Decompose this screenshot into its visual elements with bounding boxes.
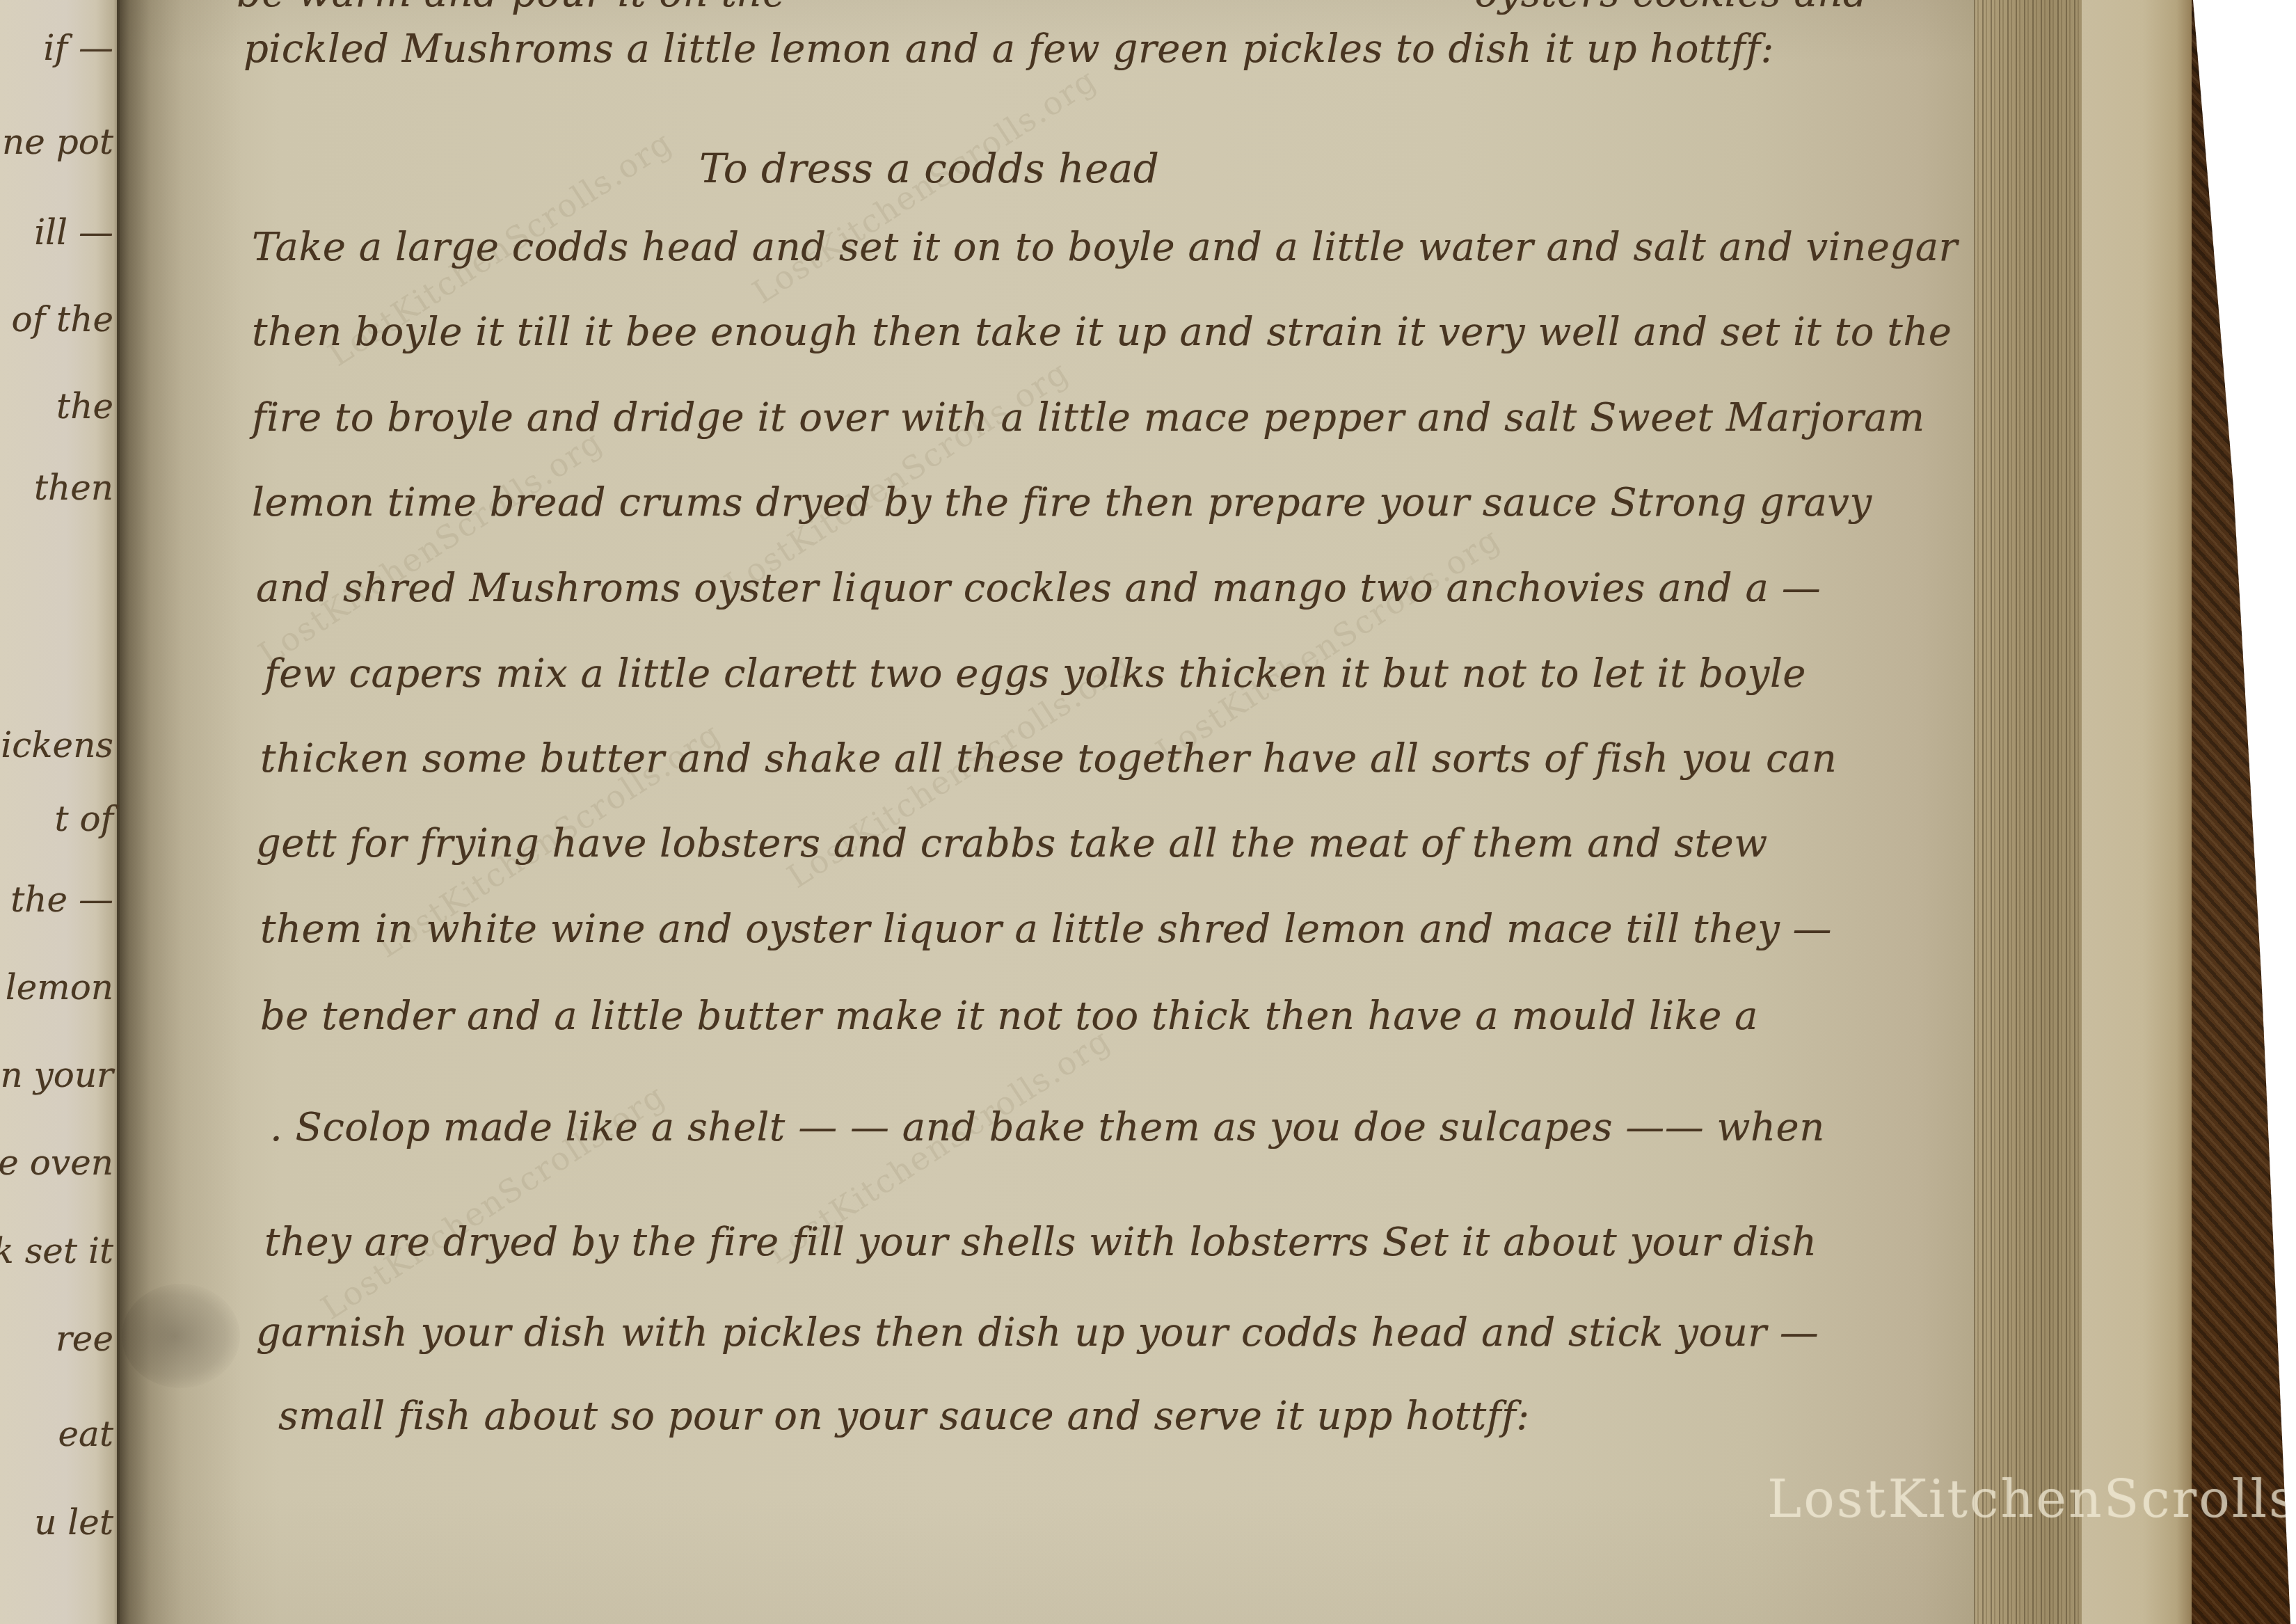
handwriting-layer: be warm and pour it on the oysters cockl… <box>0 0 2296 1624</box>
manuscript-line: Take a large codds head and set it on to… <box>252 225 1958 270</box>
left-page-fragment: k set it <box>0 1231 113 1271</box>
manuscript-line: fire to broyle and dridge it over with a… <box>252 395 1925 440</box>
left-page-fragment: then <box>34 468 113 508</box>
manuscript-line: lemon time bread crums dryed by the fire… <box>252 480 1872 525</box>
left-page-fragment: eat <box>58 1414 114 1454</box>
clipped-line-left: be warm and pour it on the <box>237 0 786 16</box>
left-page-fragment: ne pot <box>2 122 113 162</box>
left-page-fragment: ill — <box>34 212 113 253</box>
left-page-fragment: n your <box>0 1055 113 1095</box>
left-page-fragment: t of <box>54 799 113 839</box>
manuscript-line: gett for frying have lobsters and crabbs… <box>256 821 1768 866</box>
left-page-fragment: chickens <box>0 725 113 765</box>
manuscript-photo: { "document_type": "historical handwritt… <box>0 0 2296 1624</box>
manuscript-line: garnish your dish with pickles then dish… <box>256 1310 1819 1355</box>
site-watermark: LostKitchenScrolls.or <box>1767 1470 2296 1529</box>
left-page-fragment: the — <box>10 879 113 920</box>
manuscript-line: and shred Mushroms oyster liquor cockles… <box>256 566 1821 611</box>
left-page-fragment: ed lemon <box>0 967 113 1008</box>
manuscript-line: few capers mix a little clarett two eggs… <box>264 651 1806 696</box>
manuscript-line: then boyle it till it bee enough then ta… <box>252 310 1952 355</box>
left-page-fragment: ree <box>56 1319 113 1359</box>
left-page-fragment: of the <box>12 299 113 340</box>
left-page-fragment: if — <box>44 28 113 68</box>
manuscript-line: be tender and a little butter make it no… <box>260 994 1758 1039</box>
left-page-fragment: o the oven <box>0 1143 113 1183</box>
manuscript-line: them in white wine and oyster liquor a l… <box>260 907 1832 952</box>
manuscript-line: . Scolop made like a shelt — — and bake … <box>270 1105 1825 1150</box>
clipped-line-right: oysters cockles and — <box>1474 0 1920 16</box>
manuscript-line: thicken some butter and shake all these … <box>260 736 1837 781</box>
manuscript-line: they are dryed by the fire fill your she… <box>264 1220 1817 1265</box>
left-page-fragment: the <box>56 386 113 427</box>
recipe-title: To dress a codds head <box>699 145 1159 192</box>
manuscript-line: small fish about so pour on your sauce a… <box>278 1394 1530 1439</box>
manuscript-line-clipped: be warm and pour it on the oysters cockl… <box>237 0 1920 16</box>
left-page-fragment: u let <box>34 1502 113 1543</box>
manuscript-line: pickled Mushroms a little lemon and a fe… <box>244 26 1774 72</box>
book-photo: LostKitchenScrolls.org LostKitchenScroll… <box>0 0 2296 1624</box>
